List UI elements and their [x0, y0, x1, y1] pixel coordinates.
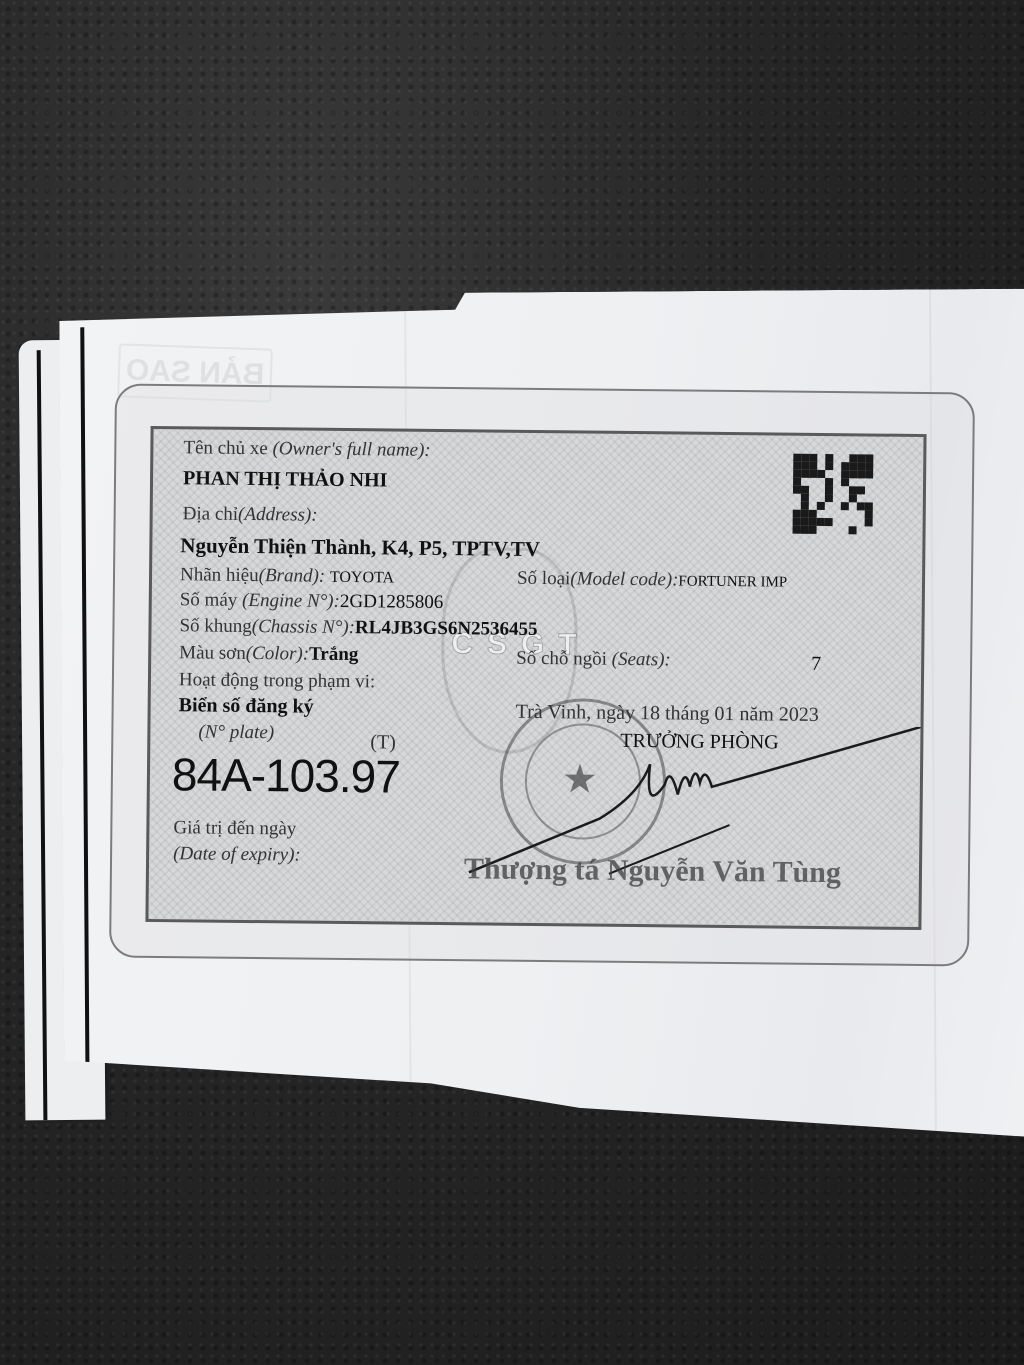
engine-value: 2GD1285806: [340, 591, 444, 613]
chassis-label-vi: Số khung: [179, 615, 252, 637]
owner-label-en: (Owner's full name):: [272, 438, 430, 461]
chassis-label-en: (Chassis N°):: [252, 616, 355, 638]
address-label: Địa chỉ(Address):: [183, 503, 318, 526]
model-label-en: (Model code):: [570, 568, 678, 590]
plate-label-vi: Biển số đăng ký: [179, 694, 314, 718]
color-value: Trắng: [309, 644, 358, 666]
expiry-label-en: (Date of expiry):: [173, 843, 301, 866]
brand-label-en: (Brand):: [259, 565, 326, 587]
brand-label-vi: Nhãn hiệu: [180, 564, 259, 586]
scope-label: Hoạt động trong phạm vi:: [179, 669, 376, 693]
engine-row: Số máy (Engine N°):2GD1285806: [180, 589, 444, 614]
address-value: Nguyễn Thiện Thành, K4, P5, TPTV,TV: [180, 533, 540, 562]
expiry-label-vi: Giá trị đến ngày: [173, 817, 296, 840]
address-label-vi: Địa chỉ: [183, 503, 239, 525]
margin-rule: [37, 350, 48, 1120]
model-value: FORTUNER IMP: [678, 573, 787, 590]
engine-label-en: (Engine N°):: [242, 590, 340, 612]
model-label-vi: Số loại: [517, 568, 571, 590]
owner-label: Tên chủ xe (Owner's full name):: [183, 437, 431, 462]
signer-name: Thượng tá Nguyễn Văn Tùng: [464, 852, 841, 890]
seats-label-en: (Seats):: [612, 649, 671, 671]
seats-label-vi: Số chỗ ngồi: [516, 648, 607, 670]
chassis-value: RL4JB3GS6N2536455: [355, 617, 538, 640]
owner-name: PHAN THỊ THẢO NHI: [183, 467, 388, 492]
color-row: Màu sơn(Color):Trắng: [179, 642, 358, 666]
owner-label-vi: Tên chủ xe: [183, 437, 268, 459]
seats-value: 7: [811, 653, 821, 676]
seats-row: Số chỗ ngồi (Seats):: [516, 648, 671, 672]
chassis-row: Số khung(Chassis N°):RL4JB3GS6N2536455: [179, 615, 537, 641]
model-row: Số loại(Model code):FORTUNER IMP: [517, 568, 787, 593]
brand-value: TOYOTA: [330, 569, 394, 587]
address-label-en: (Address):: [238, 504, 318, 526]
color-label-vi: Màu sơn: [179, 642, 246, 664]
margin-rule: [80, 327, 89, 1087]
plate-label-en: (N° plate): [198, 721, 274, 744]
color-label-en: (Color):: [246, 643, 310, 665]
brand-row: Nhãn hiệu(Brand): TOYOTA: [180, 564, 394, 588]
plate-number: 84A-103.97: [172, 747, 400, 803]
qr-code-icon: [793, 454, 874, 535]
engine-label-vi: Số máy: [180, 589, 238, 611]
registration-card: CSGT ★ Tên chủ xe (Owner's full name): P…: [145, 426, 926, 930]
